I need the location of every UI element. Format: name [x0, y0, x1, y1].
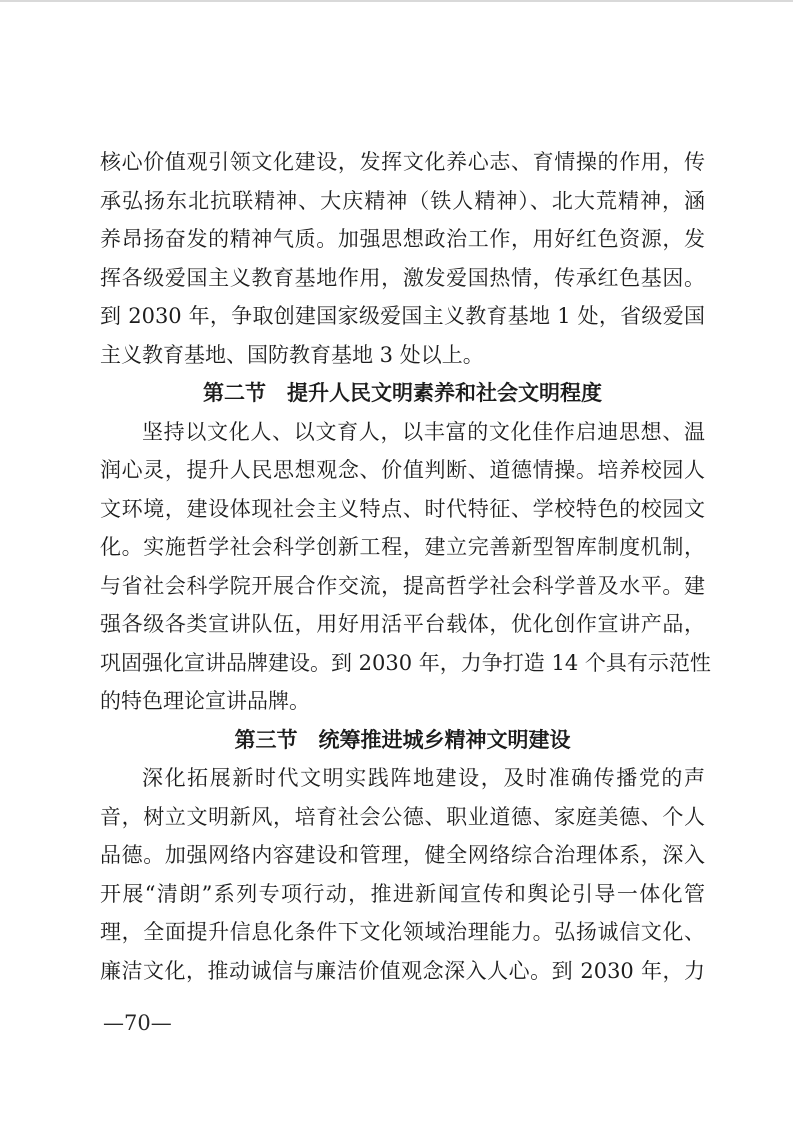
body-line: 理，全面提升信息化条件下文化领域治理能力。弘扬诚信文化、 — [100, 913, 705, 952]
body-line: 文环境，建设体现社会主义特点、时代特征、学校特色的校园文 — [100, 490, 705, 529]
body-line: 强各级各类宣讲队伍，用好用活平台载体，优化创作宣讲产品， — [100, 605, 705, 644]
body-line: 巩固强化宣讲品牌建设。到 2030 年，力争打造 14 个具有示范性 — [100, 644, 705, 683]
section-heading-3: 第三节 统筹推进城乡精神文明建设 — [100, 721, 705, 760]
document-page: 核心价值观引领文化建设，发挥文化养心志、育情操的作用，传 承弘扬东北抗联精神、大… — [0, 0, 793, 1122]
body-line: 廉洁文化，推动诚信与廉洁价值观念深入人心。到 2030 年，力 — [100, 952, 705, 991]
body-line: 品德。加强网络内容建设和管理，健全网络综合治理体系，深入 — [100, 836, 705, 875]
body-line: 化。实施哲学社会科学创新工程，建立完善新型智库制度机制， — [100, 528, 705, 567]
body-line: 开展“清朗”系列专项行动，推进新闻宣传和舆论引导一体化管 — [100, 875, 705, 914]
page-number: —70— — [103, 1008, 172, 1038]
body-line: 核心价值观引领文化建设，发挥文化养心志、育情操的作用，传 — [100, 143, 705, 182]
body-line: 与省社会科学院开展合作交流，提高哲学社会科学普及水平。建 — [100, 567, 705, 606]
body-line: 润心灵，提升人民思想观念、价值判断、道德情操。培养校园人 — [100, 451, 705, 490]
body-line: 的特色理论宣讲品牌。 — [100, 682, 705, 721]
body-line: 到 2030 年，争取创建国家级爱国主义教育基地 1 处，省级爱国 — [100, 297, 705, 336]
section-heading-2: 第二节 提升人民文明素养和社会文明程度 — [100, 374, 705, 413]
body-line: 承弘扬东北抗联精神、大庆精神（铁人精神）、北大荒精神，涵 — [100, 182, 705, 221]
body-line: 音，树立文明新风，培育社会公德、职业道德、家庭美德、个人 — [100, 798, 705, 837]
body-line: 主义教育基地、国防教育基地 3 处以上。 — [100, 336, 705, 375]
page-top-edge-line — [0, 0, 793, 2]
body-line: 挥各级爱国主义教育基地作用，激发爱国热情，传承红色基因。 — [100, 259, 705, 298]
body-line: 深化拓展新时代文明实践阵地建设，及时准确传播党的声 — [100, 759, 705, 798]
document-body: 核心价值观引领文化建设，发挥文化养心志、育情操的作用，传 承弘扬东北抗联精神、大… — [100, 143, 705, 990]
body-line: 养昂扬奋发的精神气质。加强思想政治工作，用好红色资源，发 — [100, 220, 705, 259]
body-line: 坚持以文化人、以文育人，以丰富的文化佳作启迪思想、温 — [100, 413, 705, 452]
